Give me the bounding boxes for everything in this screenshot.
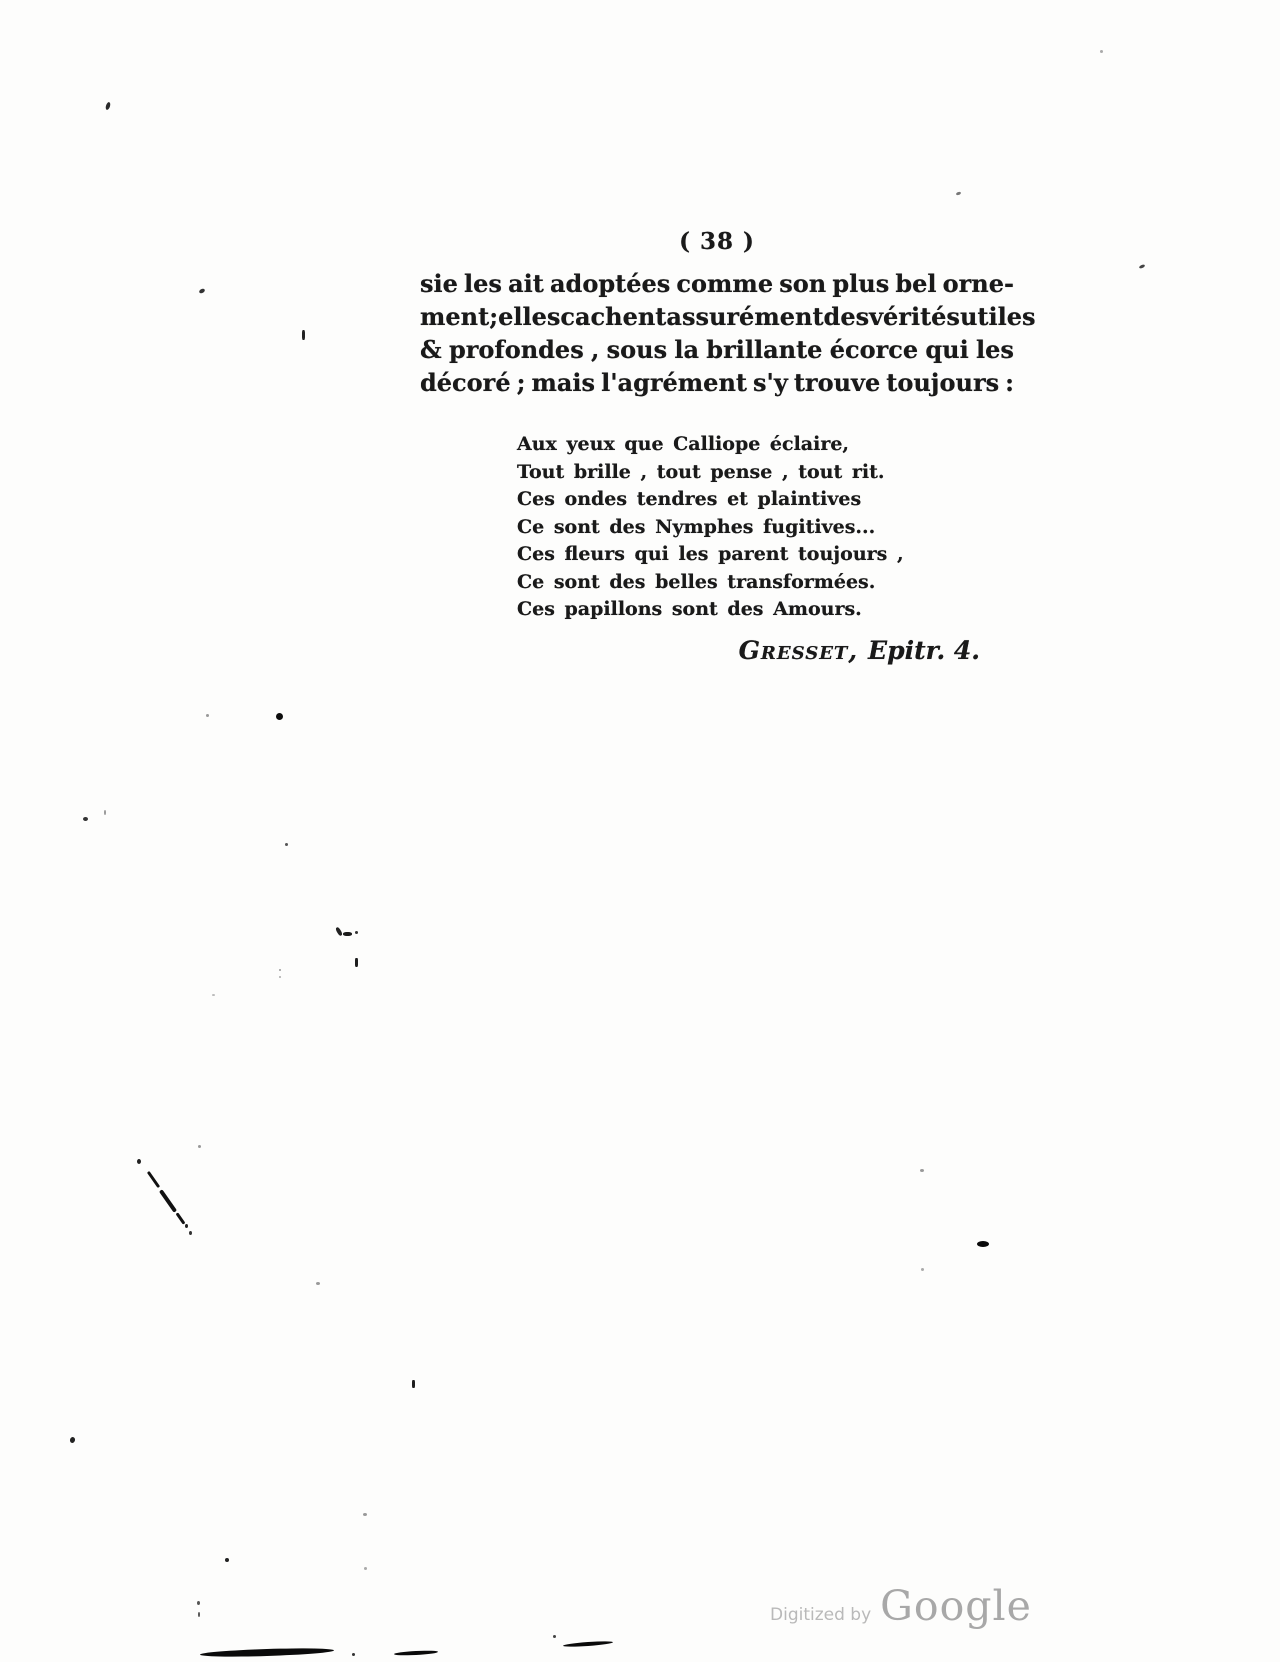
book-page: ( 38 ) sielesaitadoptéescommesonplusbelo… <box>0 0 1280 1662</box>
scratch-mark <box>147 1171 160 1188</box>
ink-speck <box>316 1282 320 1285</box>
poem-block: Aux yeux que Calliope éclaire, Tout bril… <box>517 431 904 624</box>
word: & <box>420 333 442 366</box>
word: utiles <box>960 300 1036 333</box>
ink-streak <box>563 1640 613 1647</box>
poem-line: Ces fleurs qui les parent toujours , <box>517 541 904 569</box>
ink-streak <box>394 1650 438 1656</box>
word: brillante <box>706 333 822 366</box>
ink-speck <box>364 1567 367 1570</box>
poem-line: Ce sont des Nymphes fugitives... <box>517 514 904 542</box>
google-watermark: Digitized by Google <box>770 1586 1032 1627</box>
ink-speck <box>198 1145 201 1148</box>
paragraph-line: &profondes,souslabrillanteécorcequiles <box>420 333 1014 366</box>
ink-speck <box>276 713 283 720</box>
word: sous <box>607 333 667 366</box>
word: les <box>976 333 1014 366</box>
paragraph-line: sielesaitadoptéescommesonplusbelorne- <box>420 267 1014 300</box>
poem-line: Aux yeux que Calliope éclaire, <box>517 431 904 459</box>
ink-speck <box>225 1558 229 1562</box>
attribution-work: Epitr. 4. <box>868 636 980 665</box>
poem-attribution: Gresset,Epitr. 4. <box>739 636 980 665</box>
ink-speck <box>198 288 205 294</box>
word: la <box>674 333 699 366</box>
ink-speck <box>279 976 281 978</box>
scratch-mark <box>176 1212 186 1224</box>
ink-speck <box>105 102 111 111</box>
word: toujours <box>886 366 999 399</box>
scratch-mark <box>137 1159 141 1164</box>
word: , <box>591 333 599 366</box>
word: les <box>464 267 502 300</box>
ink-speck <box>921 1268 924 1271</box>
scratch-mark <box>189 1231 192 1235</box>
word: cachent <box>560 300 666 333</box>
word: son <box>779 267 826 300</box>
ink-speck <box>363 1513 367 1516</box>
word: elles <box>498 300 560 333</box>
poem-line: Ces ondes tendres et plaintives <box>517 486 904 514</box>
page-number: ( 38 ) <box>420 228 1014 255</box>
poem-line: Ce sont des belles transformées. <box>517 569 904 597</box>
word: assurément <box>666 300 823 333</box>
word: s'y <box>753 366 788 399</box>
ink-speck <box>83 817 88 821</box>
word: ; <box>517 366 526 399</box>
ink-scribble <box>335 927 343 937</box>
word: écorce <box>830 333 918 366</box>
body-paragraph: sielesaitadoptéescommesonplusbelorne- me… <box>420 267 1014 399</box>
ink-scribble <box>343 932 352 936</box>
word: mais <box>531 366 595 399</box>
ink-speck <box>352 1653 355 1656</box>
ink-speck <box>279 969 281 971</box>
word: sie <box>420 267 458 300</box>
poem-line: Ces papillons sont des Amours. <box>517 596 904 624</box>
word: ment <box>420 300 489 333</box>
ink-speck <box>412 1380 415 1388</box>
word: ait <box>508 267 544 300</box>
ink-dash <box>977 1241 989 1247</box>
word: comme <box>676 267 773 300</box>
word: ; <box>489 300 498 333</box>
ink-speck <box>104 810 106 815</box>
ink-speck <box>197 1601 200 1605</box>
ink-speck <box>206 714 209 717</box>
scratch-mark <box>159 1189 177 1213</box>
word: qui <box>925 333 968 366</box>
ink-speck <box>285 843 288 846</box>
ink-speck <box>302 330 305 340</box>
word: adoptées <box>550 267 670 300</box>
word: plus <box>832 267 889 300</box>
digitized-by-label: Digitized by <box>770 1605 871 1625</box>
attribution-author: Gresset, <box>739 636 858 665</box>
ink-speck <box>956 191 962 196</box>
ink-speck <box>198 1612 200 1617</box>
word: profondes <box>449 333 584 366</box>
paragraph-line: ment;ellescachentassurémentdesvéritésuti… <box>420 300 1014 333</box>
ink-streak <box>200 1647 334 1658</box>
word: bel <box>895 267 936 300</box>
word: orne- <box>943 267 1014 300</box>
word: : <box>1005 366 1014 399</box>
word: vérités <box>869 300 960 333</box>
word: des <box>824 300 870 333</box>
ink-speck <box>1100 50 1103 53</box>
ink-speck <box>355 958 358 967</box>
ink-speck <box>1139 264 1146 269</box>
google-logo: Google <box>880 1586 1032 1627</box>
ink-scribble <box>355 931 358 934</box>
word: décoré <box>420 366 511 399</box>
poem-line: Tout brille , tout pense , tout rit. <box>517 459 904 487</box>
paragraph-line: décoré;maisl'agréments'ytrouvetoujours: <box>420 366 1014 399</box>
ink-speck <box>920 1169 924 1172</box>
word: trouve <box>794 366 880 399</box>
scratch-mark <box>185 1224 188 1228</box>
word: l'agrément <box>601 366 747 399</box>
ink-speck <box>69 1436 75 1443</box>
ink-speck <box>212 994 215 996</box>
ink-speck <box>553 1635 556 1638</box>
